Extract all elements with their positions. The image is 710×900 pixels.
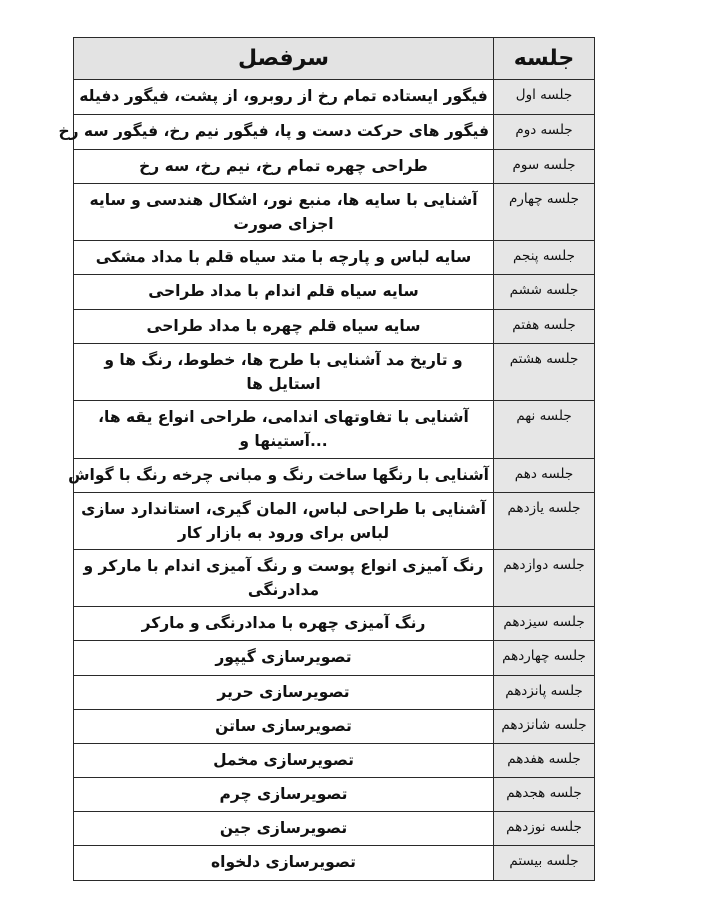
topic-cell: رنگ آمیزی انواع پوست و رنگ آمیزی اندام ب… [74, 550, 494, 607]
table-row: جلسه پنجمسایه لباس و پارچه با متد سیاه ق… [74, 241, 595, 275]
table-row: جلسه ششمسایه سیاه قلم اندام با مداد طراح… [74, 275, 595, 310]
table-row: جلسه سومطراحی چهره تمام رخ، نیم رخ، سه ر… [74, 150, 595, 184]
topic-cell: فیگور ایستاده تمام رخ از روبرو، از پشت، … [74, 80, 494, 115]
topic-cell: تصویرسازی حریر [74, 676, 494, 710]
topic-cell: سایه سیاه قلم چهره با مداد طراحی [74, 310, 494, 344]
table-row: جلسه هجدهمتصویرسازی چرم [74, 778, 595, 812]
session-cell: جلسه هفدهم [494, 744, 595, 778]
table-row: جلسه چهاردهمتصویرسازی گیپور [74, 641, 595, 676]
table-row: جلسه دوازدهمرنگ آمیزی انواع پوست و رنگ آ… [74, 550, 595, 607]
topic-cell: آشنایی با تفاوتهای اندامی، طراحی انواع ی… [74, 401, 494, 459]
session-cell: جلسه هشتم [494, 344, 595, 401]
table-row: جلسه سیزدهمرنگ آمیزی چهره با مدادرنگی و … [74, 607, 595, 641]
session-cell: جلسه چهاردهم [494, 641, 595, 676]
topic-cell: تصویرسازی مخمل [74, 744, 494, 778]
topic-cell: سایه سیاه قلم اندام با مداد طراحی [74, 275, 494, 310]
topic-cell: تصویرسازی ساتن [74, 710, 494, 744]
session-cell: جلسه هفتم [494, 310, 595, 344]
table-row: جلسه دومفیگور های حرکت دست و پا، فیگور ن… [74, 115, 595, 150]
session-cell: جلسه شانزدهم [494, 710, 595, 744]
topic-cell: رنگ آمیزی چهره با مدادرنگی و مارکر [74, 607, 494, 641]
topic-cell: طراحی چهره تمام رخ، نیم رخ، سه رخ [74, 150, 494, 184]
session-cell: جلسه دوازدهم [494, 550, 595, 607]
topic-cell: آشنایی با رنگها ساخت رنگ و مبانی چرخه رن… [74, 459, 494, 493]
session-cell: جلسه نوزدهم [494, 812, 595, 846]
table-row: جلسه نهمآشنایی با تفاوتهای اندامی، طراحی… [74, 401, 595, 459]
table-row: جلسه یازدهمآشنایی با طراحی لباس، المان گ… [74, 493, 595, 550]
session-cell: جلسه هجدهم [494, 778, 595, 812]
table-body: جلسه اولفیگور ایستاده تمام رخ از روبرو، … [74, 80, 595, 881]
topic-cell: تصویرسازی دلخواه [74, 846, 494, 881]
table-row: جلسه هشتمو تاریخ مد آشنایی با طرح ها، خط… [74, 344, 595, 401]
header-row: جلسه سرفصل [74, 38, 595, 80]
table-header: جلسه سرفصل [74, 38, 595, 80]
table-row: جلسه نوزدهمتصویرسازی جین [74, 812, 595, 846]
session-cell: جلسه اول [494, 80, 595, 115]
topic-cell: تصویرسازی چرم [74, 778, 494, 812]
topic-cell: فیگور های حرکت دست و پا، فیگور نیم رخ، ف… [74, 115, 494, 150]
table-row: جلسه چهارمآشنایی با سایه ها، منبع نور، ا… [74, 184, 595, 241]
topic-cell: آشنایی با طراحی لباس، المان گیری، استاند… [74, 493, 494, 550]
table-row: جلسه هفتمسایه سیاه قلم چهره با مداد طراح… [74, 310, 595, 344]
table-row: جلسه بیستمتصویرسازی دلخواه [74, 846, 595, 881]
header-topic: سرفصل [74, 38, 494, 80]
session-cell: جلسه چهارم [494, 184, 595, 241]
session-cell: جلسه ششم [494, 275, 595, 310]
session-cell: جلسه دهم [494, 459, 595, 493]
session-cell: جلسه سیزدهم [494, 607, 595, 641]
session-cell: جلسه بیستم [494, 846, 595, 881]
session-cell: جلسه پنجم [494, 241, 595, 275]
session-cell: جلسه یازدهم [494, 493, 595, 550]
topic-cell: تصویرسازی گیپور [74, 641, 494, 676]
topic-cell: سایه لباس و پارچه با متد سیاه قلم با مدا… [74, 241, 494, 275]
header-session: جلسه [494, 38, 595, 80]
topic-cell: و تاریخ مد آشنایی با طرح ها، خطوط، رنگ ه… [74, 344, 494, 401]
session-cell: جلسه دوم [494, 115, 595, 150]
topic-cell: آشنایی با سایه ها، منبع نور، اشکال هندسی… [74, 184, 494, 241]
table-row: جلسه پانزدهمتصویرسازی حریر [74, 676, 595, 710]
curriculum-table: جلسه سرفصل جلسه اولفیگور ایستاده تمام رخ… [73, 37, 595, 881]
table-row: جلسه هفدهمتصویرسازی مخمل [74, 744, 595, 778]
table-row: جلسه دهمآشنایی با رنگها ساخت رنگ و مبانی… [74, 459, 595, 493]
session-cell: جلسه نهم [494, 401, 595, 459]
topic-cell: تصویرسازی جین [74, 812, 494, 846]
table-row: جلسه شانزدهمتصویرسازی ساتن [74, 710, 595, 744]
session-cell: جلسه سوم [494, 150, 595, 184]
session-cell: جلسه پانزدهم [494, 676, 595, 710]
table-row: جلسه اولفیگور ایستاده تمام رخ از روبرو، … [74, 80, 595, 115]
